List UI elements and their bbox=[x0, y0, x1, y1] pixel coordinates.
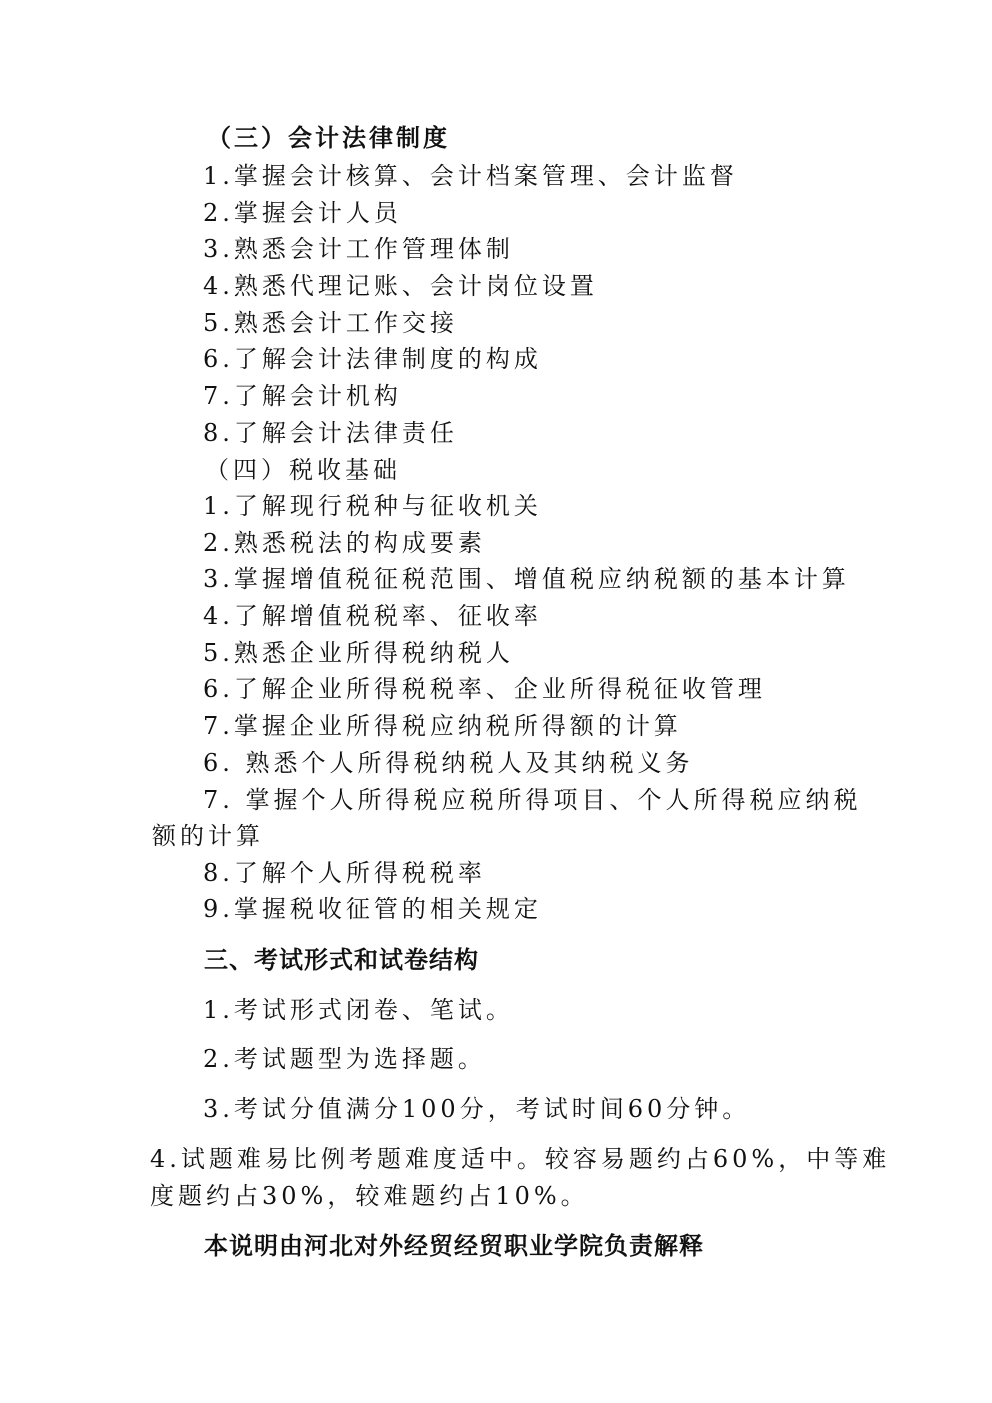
list-item: 6. 熟悉个人所得税纳税人及其纳税义务 bbox=[203, 748, 694, 778]
list-item: 4.试题难易比例考题难度适中。较容易题约占60%，中等难 bbox=[150, 1144, 890, 1174]
list-item: 4.熟悉代理记账、会计岗位设置 bbox=[203, 271, 598, 301]
list-item: 2.熟悉税法的构成要素 bbox=[203, 528, 486, 558]
list-item: 8.了解个人所得税税率 bbox=[203, 858, 486, 888]
list-item: 6.了解企业所得税税率、企业所得税征收管理 bbox=[203, 674, 766, 704]
list-item: 1.掌握会计核算、会计档案管理、会计监督 bbox=[203, 161, 738, 191]
list-item: 2.考试题型为选择题。 bbox=[203, 1044, 486, 1074]
list-item: 5.熟悉企业所得税纳税人 bbox=[203, 638, 514, 668]
list-item: 6.了解会计法律制度的构成 bbox=[203, 344, 542, 374]
list-item-continuation: 额的计算 bbox=[152, 821, 264, 851]
list-item: 3.掌握增值税征税范围、增值税应纳税额的基本计算 bbox=[203, 564, 850, 594]
document-page: （三）会计法律制度 1.掌握会计核算、会计档案管理、会计监督 2.掌握会计人员 … bbox=[0, 0, 992, 1403]
list-item: 7.掌握企业所得税应纳税所得额的计算 bbox=[203, 711, 682, 741]
list-item: 1.了解现行税种与征收机关 bbox=[203, 491, 542, 521]
list-item: 9.掌握税收征管的相关规定 bbox=[203, 894, 542, 924]
list-item: 5.熟悉会计工作交接 bbox=[203, 308, 458, 338]
footer-note: 本说明由河北对外经贸经贸职业学院负责解释 bbox=[204, 1231, 704, 1261]
list-item: 7.了解会计机构 bbox=[203, 381, 402, 411]
section-heading-accounting-law: （三）会计法律制度 bbox=[207, 123, 450, 153]
list-item: 3.考试分值满分100分，考试时间60分钟。 bbox=[203, 1094, 750, 1124]
list-item: 4.了解增值税税率、征收率 bbox=[203, 601, 542, 631]
list-item: 8.了解会计法律责任 bbox=[203, 418, 458, 448]
list-item: 3.熟悉会计工作管理体制 bbox=[203, 234, 514, 264]
list-item: 2.掌握会计人员 bbox=[203, 198, 402, 228]
list-item-continuation: 度题约占30%，较难题约占10%。 bbox=[150, 1181, 589, 1211]
section-heading-tax-basics: （四）税收基础 bbox=[205, 455, 401, 485]
list-item: 1.考试形式闭卷、笔试。 bbox=[203, 995, 514, 1025]
part-heading-exam-format: 三、考试形式和试卷结构 bbox=[204, 945, 479, 975]
list-item: 7. 掌握个人所得税应税所得项目、个人所得税应纳税 bbox=[203, 785, 862, 815]
